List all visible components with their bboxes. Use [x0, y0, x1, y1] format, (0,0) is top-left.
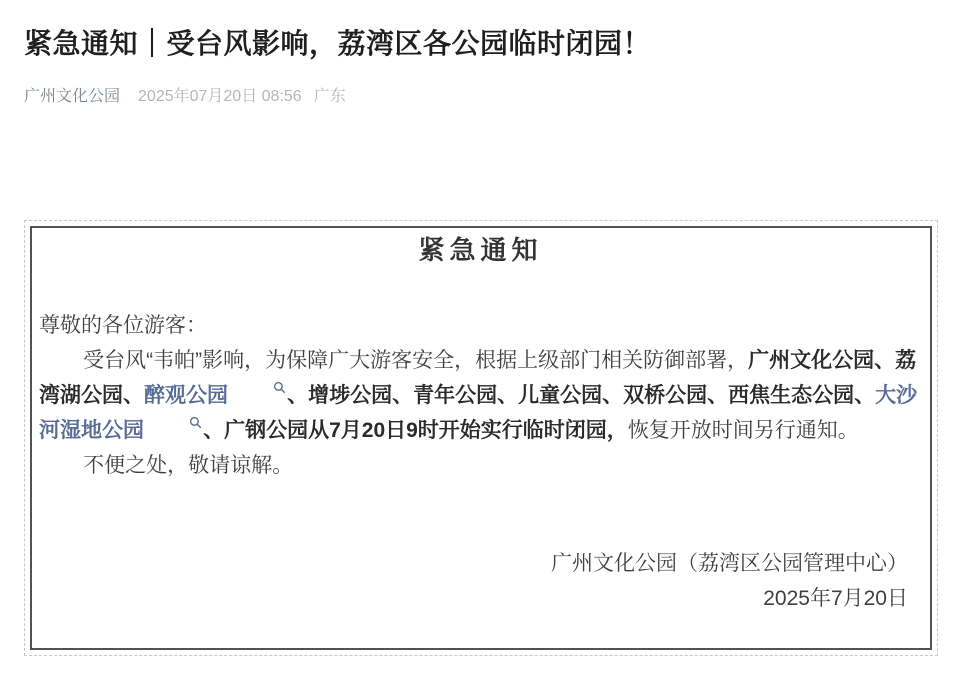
paragraph-segment: 、增埗公园、青年公园、儿童公园、双桥公园、西焦生态公园、 — [287, 384, 875, 407]
search-icon[interactable] — [145, 416, 202, 429]
paragraph-segment: 恢复开放时间另行通知。 — [628, 419, 859, 442]
notice-box: 紧急通知 尊敬的各位游客： 受台风“韦帕”影响，为保障广大游客安全，根据上级部门… — [24, 220, 938, 656]
park-link[interactable]: 醉观公园 — [144, 384, 228, 407]
byline: 广州文化公园2025年07月20日 08:56广东 — [24, 87, 938, 107]
paragraph-segment: 、广钢公园从7月20日9时开始实行临时闭园， — [203, 419, 628, 442]
signature-date: 2025年7月20日 — [39, 581, 922, 616]
paragraph-segment: 受台风“韦帕”影响，为保障广大游客安全，根据上级部门相关防御部署， — [83, 349, 748, 372]
article-page: 紧急通知｜受台风影响，荔湾区各公园临时闭园！ 广州文化公园2025年07月20日… — [0, 0, 964, 656]
salutation: 尊敬的各位游客： — [39, 308, 922, 343]
byline-datetime: 2025年07月20日 08:56 — [138, 88, 302, 105]
byline-location: 广东 — [314, 88, 346, 105]
signature-line: 广州文化公园（荔湾区公园管理中心） — [39, 546, 922, 581]
closing-line: 不便之处，敬请谅解。 — [39, 448, 922, 483]
notice-heading: 紧急通知 — [39, 232, 922, 268]
notice-paragraph: 受台风“韦帕”影响，为保障广大游客安全，根据上级部门相关防御部署，广州文化公园、… — [39, 343, 922, 448]
notice-box-inner: 紧急通知 尊敬的各位游客： 受台风“韦帕”影响，为保障广大游客安全，根据上级部门… — [30, 226, 932, 650]
byline-account[interactable]: 广州文化公园 — [24, 88, 120, 105]
search-icon[interactable] — [229, 381, 286, 394]
article-title: 紧急通知｜受台风影响，荔湾区各公园临时闭园！ — [24, 26, 938, 61]
